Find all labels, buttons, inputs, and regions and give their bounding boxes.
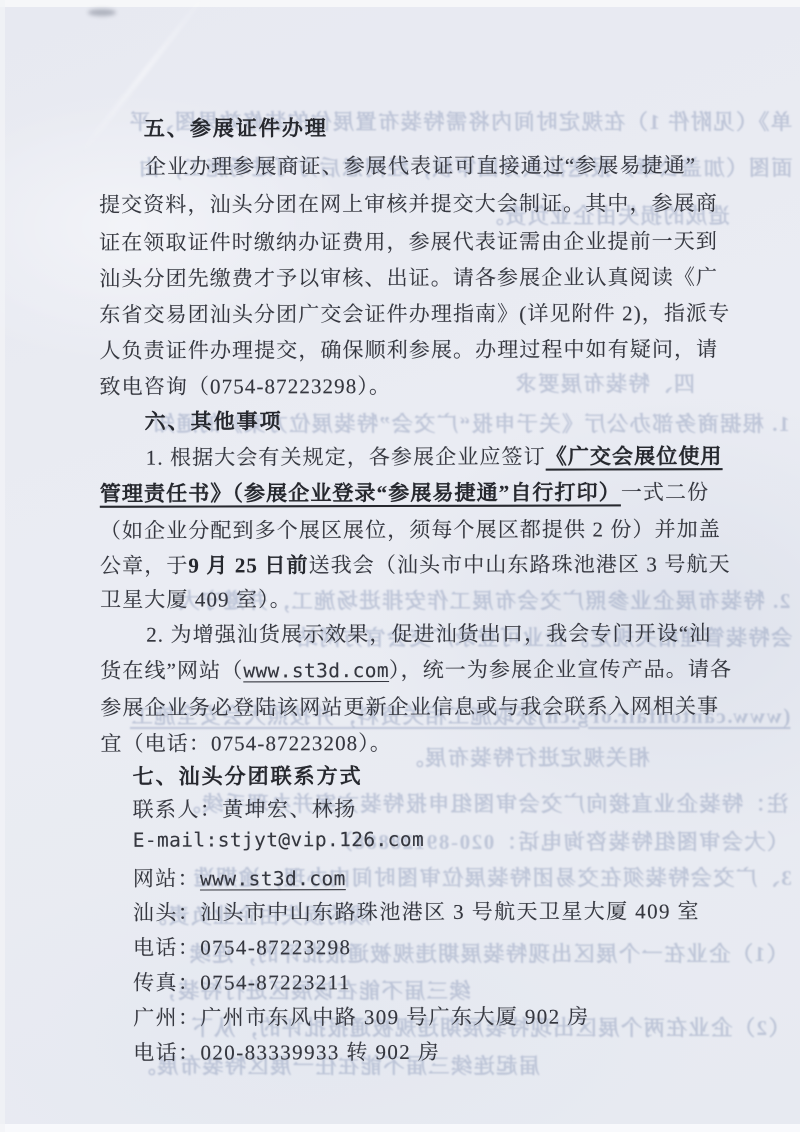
section7-heading: 七、汕头分团联系方式 (133, 760, 363, 791)
item2-text: 货在线”网站（ (100, 658, 243, 682)
section6-item2-line: 货在线”网站（www.st3d.com），统一为参展企业宣传产品。请各 (100, 653, 732, 685)
section5-line: 东省交易团汕头分团广交会证件办理指南》(详见附件 2)，指派专 (99, 297, 730, 329)
section6-item1-line: 1. 根据大会有关规定，各参展企业应签订《广交会展位使用 (146, 440, 723, 472)
section6-item1-line: 管理责任书》（参展企业登录“参展易捷通”自行打印）一式二份 (100, 476, 709, 508)
st3d-url: www.st3d.com (243, 659, 389, 682)
item1-underlined-title: 《广交会展位使用 (546, 444, 723, 468)
section6-item1-line: （如企业分配到多个展区展位，须每个展区都提供 2 份）并加盖 (100, 513, 721, 545)
item2-text: ），统一为参展企业宣传产品。请各 (389, 657, 732, 682)
scan-edge-left (0, 0, 5, 1132)
contact-shantou-phone-line: 电话：0754-87223298 (133, 931, 351, 962)
contact-shantou-address-line: 汕头：汕头市中山东路珠池港区 3 号航天卫星大厦 409 室 (133, 895, 700, 926)
section5-line: 致电咨询（0754-87223298）。 (99, 370, 391, 401)
scan-edge-bottom (0, 1124, 800, 1132)
contact-guangzhou-address-line: 广州：广州市东风中路 309 号广东大厦 902 房 (133, 1001, 589, 1032)
contact-shantou-fax-line: 传真：0754-87223211 (133, 966, 351, 997)
item1-underlined-title: 管理责任书》（参展企业登录“参展易捷通”自行打印） (100, 480, 621, 505)
section5-line: 企业办理参展商证、参展代表证可直接通过“参展易捷通” (145, 149, 696, 180)
section6-item2-line: 宜（电话：0754-87223208）。 (100, 727, 392, 758)
website-url: www.st3d.com (200, 867, 346, 890)
item1-text: 1. 根据大会有关规定，各参展企业应签订 (146, 445, 546, 470)
section6-item1-line: 卫星大厦 409 室）。 (100, 583, 292, 614)
item1-text: 一式二份 (621, 480, 709, 504)
contact-guangzhou-phone-line: 电话：020-83339933 转 902 房 (133, 1036, 440, 1067)
section5-line: 提交资料，汕头分团在网上审核并提交大会制证。其中，参展商 (99, 187, 718, 219)
contact-person-line: 联系人：黄坤宏、林扬 (133, 793, 357, 824)
section5-line: 人负责证件办理提交，确保顺利参展。办理过程中如有疑问，请 (99, 333, 718, 365)
section6-heading: 六、其他事项 (145, 405, 283, 435)
section5-heading: 五、参展证件办理 (144, 112, 328, 142)
scan-edge-top (0, 0, 800, 7)
item1-text: 送我会（汕头市中山东路珠池港区 3 号航天 (309, 552, 731, 577)
section6-item1-line: 公章，于9 月 25 日前送我会（汕头市中山东路珠池港区 3 号航天 (100, 548, 731, 580)
section5-line: 汕头分团先缴费才予以审核、出证。请各参展企业认真阅读《广 (99, 261, 718, 293)
section5-line: 证在领取证件时缴纳办证费用，参展代表证需由企业提前一天到 (99, 225, 718, 257)
document-content: 五、参展证件办理 企业办理参展商证、参展代表证可直接通过“参展易捷通” 提交资料… (0, 0, 800, 1132)
contact-email-line: E-mail:stjyt@vip.126.com (133, 828, 424, 852)
item1-text: 公章，于 (100, 554, 188, 578)
item1-deadline: 9 月 25 日前 (188, 553, 308, 577)
website-label: 网站： (133, 867, 200, 891)
section6-item2-line: 2. 为增强汕货展示效果，促进汕货出口，我会专门开设“汕 (146, 617, 711, 648)
section6-item2-line: 参展企业务必登陆该网站更新企业信息或与我会联系入网相关事 (100, 690, 719, 722)
scanned-document-page: 单》（见附件 1）在规定时间内将需特装布置展位的装修效果图、平 面图（加盖公章）… (0, 0, 800, 1132)
scan-smudge (88, 9, 116, 16)
contact-website-line: 网站：www.st3d.com (133, 862, 346, 893)
